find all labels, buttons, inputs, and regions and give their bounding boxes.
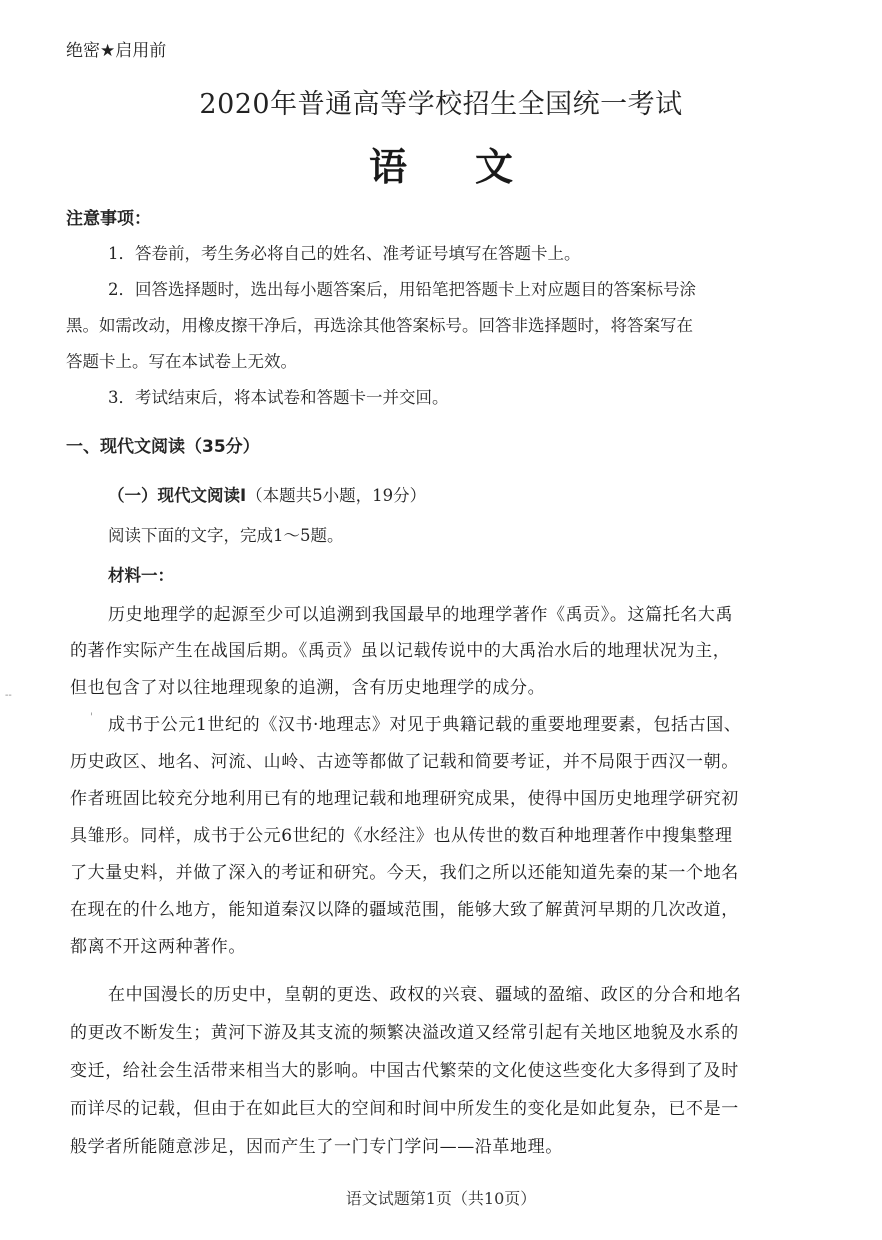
notice-item-2: 2．回答选择题时，选出每小题答案后，用铅笔把答题卡上对应题目的答案标号涂	[108, 276, 696, 300]
subsection-title: （一）现代文阅读Ⅰ	[108, 486, 246, 505]
section-title: 一、现代文阅读（35分）	[66, 432, 260, 457]
passage-line: 在现在的什么地方，能知道秦汉以降的疆域范围，能够大致了解黄河早期的几次改道，	[70, 895, 739, 920]
subsection-note: （本题共5小题，19分）	[246, 486, 426, 505]
subject-char-1: 语	[369, 136, 407, 191]
exam-title: 2020年普通高等学校招生全国统一考试	[0, 82, 882, 121]
passage-line: 般学者所能随意涉足，因而产生了一门专门学问——沿革地理。	[70, 1132, 563, 1157]
passage-line: 变迁，给社会生活带来相当大的影响。中国古代繁荣的文化使这些变化大多得到了及时	[70, 1056, 739, 1081]
passage-line: 都离不开这两种著作。	[70, 932, 246, 957]
notice-item-3: 3．考试结束后，将本试卷和答题卡一并交回。	[108, 384, 449, 408]
passage-line: 的著作实际产生在战国后期。《禹贡》虽以记载传说中的大禹治水后的地理状况为主，	[70, 636, 730, 661]
subsection-heading: （一）现代文阅读Ⅰ（本题共5小题，19分）	[108, 482, 426, 506]
passage-line: 的更改不断发生；黄河下游及其支流的频繁决溢改道又经常引起有关地区地貌及水系的	[70, 1018, 739, 1043]
scan-mark: --	[5, 690, 12, 701]
page-footer: 语文试题第1页（共10页）	[0, 1186, 882, 1209]
confidential-label: 绝密★启用前	[66, 36, 166, 61]
notice-item-1: 1．答卷前，考生务必将自己的姓名、准考证号填写在答题卡上。	[108, 240, 581, 264]
passage-line: 历史地理学的起源至少可以追溯到我国最早的地理学著作《禹贡》。这篇托名大禹	[108, 600, 733, 625]
passage-line: 具雏形。同样，成书于公元6世纪的《水经注》也从传世的数百种地理著作中搜集整理	[70, 821, 733, 846]
notice-item-2-cont: 黑。如需改动，用橡皮擦干净后，再选涂其他答案标号。回答非选择题时，将答案写在	[66, 312, 693, 336]
passage-line: 而详尽的记载，但由于在如此巨大的空间和时间中所发生的变化是如此复杂，已不是一	[70, 1094, 739, 1119]
passage-line: 但也包含了对以往地理现象的追溯，含有历史地理学的成分。	[70, 673, 545, 698]
passage-line: 历史政区、地名、河流、山岭、古迹等都做了记载和简要考证，并不局限于西汉一朝。	[70, 747, 739, 772]
passage-line: 作者班固比较充分地利用已有的地理记载和地理研究成果，使得中国历史地理学研究初	[70, 784, 739, 809]
subject-title: 语文	[0, 136, 882, 191]
passage-line: 了大量史料，并做了深入的考证和研究。今天，我们之所以还能知道先秦的某一个地名	[70, 858, 739, 883]
reading-instruction: 阅读下面的文字，完成1～5题。	[108, 522, 344, 546]
scan-mark: '	[90, 712, 93, 723]
notice-item-2-cont2: 答题卡上。写在本试卷上无效。	[66, 348, 297, 372]
subject-char-2: 文	[475, 136, 513, 191]
passage-line: 成书于公元1世纪的《汉书·地理志》对见于典籍记载的重要地理要素，包括古国、	[108, 710, 741, 735]
passage-line: 在中国漫长的历史中，皇朝的更迭、政权的兴衰、疆域的盈缩、政区的分合和地名	[108, 980, 742, 1005]
material-label: 材料一：	[108, 562, 174, 586]
notice-title: 注意事项：	[66, 204, 151, 229]
